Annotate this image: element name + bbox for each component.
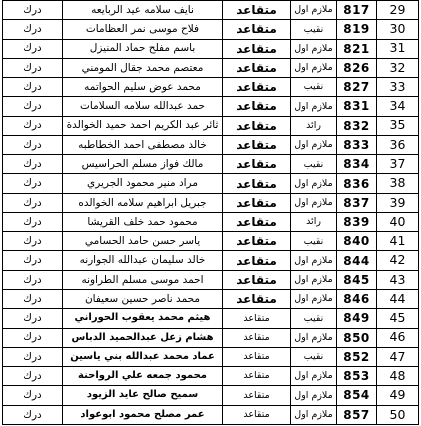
agency-cell: درك xyxy=(3,309,63,328)
table-row: 33827نقيبمتقاعدمحمد عوض سليم الحواتمهدرك xyxy=(3,78,419,97)
agency-cell: درك xyxy=(3,289,63,308)
seq-cell: 40 xyxy=(377,212,419,231)
table-row: 48853ملازم اولمتقاعدمحمود جمعه علي الروا… xyxy=(3,367,419,386)
rank-cell: ملازم اول xyxy=(291,270,337,289)
rank-cell: ملازم اول xyxy=(291,251,337,270)
status-cell: متقاعد xyxy=(223,232,291,251)
rank-cell: ملازم اول xyxy=(291,1,337,20)
name-cell: عماد محمد عبدالله بني ياسين xyxy=(63,347,223,366)
name-cell: مراد منير محمود الجريري xyxy=(63,174,223,193)
name-cell: ثائر عبد الكريم احمد حميد الخوالدة xyxy=(63,116,223,135)
status-cell: متقاعد xyxy=(223,78,291,97)
name-cell: باسم مفلح حماد المنيزل xyxy=(63,39,223,58)
status-cell: متقاعد xyxy=(223,116,291,135)
table-row: 46850ملازم اولمتقاعدهشام زعل عبدالحميد ا… xyxy=(3,328,419,347)
name-cell: هشام زعل عبدالحميد الدباس xyxy=(63,328,223,347)
agency-cell: درك xyxy=(3,97,63,116)
seq-cell: 49 xyxy=(377,386,419,405)
seq-cell: 34 xyxy=(377,97,419,116)
name-cell: ياسر حسن حامد الحسامي xyxy=(63,232,223,251)
rank-cell: نقيب xyxy=(291,309,337,328)
rank-cell: رائد xyxy=(291,116,337,135)
rank-cell: نقيب xyxy=(291,155,337,174)
rank-cell: نقيب xyxy=(291,347,337,366)
table-row: 40839رائدمتقاعدمحمود حمد خلف القريشادرك xyxy=(3,212,419,231)
table-row: 43845ملازم اولمتقاعداحمد موسى مسلم الطرا… xyxy=(3,270,419,289)
seq-cell: 37 xyxy=(377,155,419,174)
seq-cell: 50 xyxy=(377,405,419,424)
rank-cell: ملازم اول xyxy=(291,289,337,308)
agency-cell: درك xyxy=(3,135,63,154)
seq-cell: 32 xyxy=(377,58,419,77)
table-row: 37834نقيبمتقاعدمالك فواز مسلم الحراسيسدر… xyxy=(3,155,419,174)
rank-cell: ملازم اول xyxy=(291,174,337,193)
seq-cell: 47 xyxy=(377,347,419,366)
code-cell: 832 xyxy=(337,116,377,135)
status-cell: متقاعد xyxy=(223,309,291,328)
code-cell: 819 xyxy=(337,20,377,39)
name-cell: مالك فواز مسلم الحراسيس xyxy=(63,155,223,174)
name-cell: محمد عوض سليم الحواتمه xyxy=(63,78,223,97)
table-row: 49854ملازم اولمتقاعدسميح صالح عايد الزيو… xyxy=(3,386,419,405)
agency-cell: درك xyxy=(3,347,63,366)
rank-cell: ملازم اول xyxy=(291,328,337,347)
code-cell: 827 xyxy=(337,78,377,97)
code-cell: 854 xyxy=(337,386,377,405)
name-cell: خالد مصطفى احمد الخطاطبه xyxy=(63,135,223,154)
rank-cell: نقيب xyxy=(291,232,337,251)
code-cell: 837 xyxy=(337,193,377,212)
agency-cell: درك xyxy=(3,39,63,58)
agency-cell: درك xyxy=(3,405,63,424)
code-cell: 850 xyxy=(337,328,377,347)
status-cell: متقاعد xyxy=(223,193,291,212)
name-cell: محمد ناصر حسين سعيفان xyxy=(63,289,223,308)
name-cell: سميح صالح عايد الزيود xyxy=(63,386,223,405)
status-cell: متقاعد xyxy=(223,20,291,39)
agency-cell: درك xyxy=(3,116,63,135)
status-cell: متقاعد xyxy=(223,405,291,424)
table-row: 29817ملازم اولمتقاعدنايف سلامه عيد الربا… xyxy=(3,1,419,20)
name-cell: نايف سلامه عيد الربايعه xyxy=(63,1,223,20)
code-cell: 853 xyxy=(337,367,377,386)
name-cell: محمود جمعه علي الرواحنة xyxy=(63,367,223,386)
seq-cell: 42 xyxy=(377,251,419,270)
rank-cell: ملازم اول xyxy=(291,367,337,386)
agency-cell: درك xyxy=(3,1,63,20)
table-body: 29817ملازم اولمتقاعدنايف سلامه عيد الربا… xyxy=(3,1,419,425)
rank-cell: نقيب xyxy=(291,78,337,97)
rank-cell: ملازم اول xyxy=(291,58,337,77)
name-cell: جبريل ابراهيم سلامه الخوالده xyxy=(63,193,223,212)
status-cell: متقاعد xyxy=(223,155,291,174)
code-cell: 833 xyxy=(337,135,377,154)
code-cell: 852 xyxy=(337,347,377,366)
status-cell: متقاعد xyxy=(223,347,291,366)
code-cell: 846 xyxy=(337,289,377,308)
status-cell: متقاعد xyxy=(223,289,291,308)
agency-cell: درك xyxy=(3,193,63,212)
code-cell: 857 xyxy=(337,405,377,424)
table-row: 45849نقيبمتقاعدهيثم محمد يعقوب الحورانيد… xyxy=(3,309,419,328)
name-cell: محمود حمد خلف القريشا xyxy=(63,212,223,231)
table-row: 34831ملازم اولمتقاعدحمد عبدالله سلامه ال… xyxy=(3,97,419,116)
agency-cell: درك xyxy=(3,328,63,347)
table-row: 47852نقيبمتقاعدعماد محمد عبدالله بني ياس… xyxy=(3,347,419,366)
table-row: 42844ملازم اولمتقاعدخالد سليمان عبدالله … xyxy=(3,251,419,270)
document-page: 29817ملازم اولمتقاعدنايف سلامه عيد الربا… xyxy=(0,0,421,426)
status-cell: متقاعد xyxy=(223,270,291,289)
rank-cell: ملازم اول xyxy=(291,135,337,154)
status-cell: متقاعد xyxy=(223,212,291,231)
table-row: 36833ملازم اولمتقاعدخالد مصطفى احمد الخط… xyxy=(3,135,419,154)
personnel-table: 29817ملازم اولمتقاعدنايف سلامه عيد الربا… xyxy=(2,0,419,425)
seq-cell: 31 xyxy=(377,39,419,58)
table-row: 44846ملازم اولمتقاعدمحمد ناصر حسين سعيفا… xyxy=(3,289,419,308)
code-cell: 817 xyxy=(337,1,377,20)
table-row: 50857ملازم اولمتقاعدعمر مصلح محمود ابوعو… xyxy=(3,405,419,424)
code-cell: 836 xyxy=(337,174,377,193)
table-row: 41840نقيبمتقاعدياسر حسن حامد الحساميدرك xyxy=(3,232,419,251)
name-cell: حمد عبدالله سلامه السلامات xyxy=(63,97,223,116)
code-cell: 821 xyxy=(337,39,377,58)
agency-cell: درك xyxy=(3,270,63,289)
status-cell: متقاعد xyxy=(223,135,291,154)
agency-cell: درك xyxy=(3,367,63,386)
agency-cell: درك xyxy=(3,58,63,77)
code-cell: 845 xyxy=(337,270,377,289)
name-cell: معتصم محمد جقال المومني xyxy=(63,58,223,77)
code-cell: 826 xyxy=(337,58,377,77)
agency-cell: درك xyxy=(3,155,63,174)
code-cell: 831 xyxy=(337,97,377,116)
name-cell: هيثم محمد يعقوب الحوراني xyxy=(63,309,223,328)
seq-cell: 38 xyxy=(377,174,419,193)
seq-cell: 36 xyxy=(377,135,419,154)
status-cell: متقاعد xyxy=(223,97,291,116)
code-cell: 839 xyxy=(337,212,377,231)
code-cell: 844 xyxy=(337,251,377,270)
seq-cell: 45 xyxy=(377,309,419,328)
table-row: 31821ملازم اولمتقاعدباسم مفلح حماد المني… xyxy=(3,39,419,58)
table-row: 30819نقيبمتقاعدفلاح موسى نمر العظاماتدرك xyxy=(3,20,419,39)
rank-cell: ملازم اول xyxy=(291,97,337,116)
status-cell: متقاعد xyxy=(223,386,291,405)
code-cell: 834 xyxy=(337,155,377,174)
seq-cell: 44 xyxy=(377,289,419,308)
seq-cell: 39 xyxy=(377,193,419,212)
rank-cell: ملازم اول xyxy=(291,405,337,424)
agency-cell: درك xyxy=(3,212,63,231)
rank-cell: ملازم اول xyxy=(291,386,337,405)
name-cell: خالد سليمان عبدالله الجوارنه xyxy=(63,251,223,270)
status-cell: متقاعد xyxy=(223,367,291,386)
status-cell: متقاعد xyxy=(223,39,291,58)
table-row: 35832رائدمتقاعدثائر عبد الكريم احمد حميد… xyxy=(3,116,419,135)
rank-cell: ملازم اول xyxy=(291,39,337,58)
status-cell: متقاعد xyxy=(223,174,291,193)
agency-cell: درك xyxy=(3,20,63,39)
table-row: 38836ملازم اولمتقاعدمراد منير محمود الجر… xyxy=(3,174,419,193)
agency-cell: درك xyxy=(3,78,63,97)
code-cell: 840 xyxy=(337,232,377,251)
seq-cell: 33 xyxy=(377,78,419,97)
name-cell: احمد موسى مسلم الطراونه xyxy=(63,270,223,289)
rank-cell: نقيب xyxy=(291,20,337,39)
agency-cell: درك xyxy=(3,386,63,405)
rank-cell: ملازم اول xyxy=(291,193,337,212)
agency-cell: درك xyxy=(3,232,63,251)
status-cell: متقاعد xyxy=(223,1,291,20)
seq-cell: 48 xyxy=(377,367,419,386)
status-cell: متقاعد xyxy=(223,328,291,347)
table-row: 39837ملازم اولمتقاعدجبريل ابراهيم سلامه … xyxy=(3,193,419,212)
code-cell: 849 xyxy=(337,309,377,328)
agency-cell: درك xyxy=(3,174,63,193)
seq-cell: 35 xyxy=(377,116,419,135)
seq-cell: 29 xyxy=(377,1,419,20)
rank-cell: رائد xyxy=(291,212,337,231)
status-cell: متقاعد xyxy=(223,58,291,77)
seq-cell: 41 xyxy=(377,232,419,251)
name-cell: فلاح موسى نمر العظامات xyxy=(63,20,223,39)
seq-cell: 43 xyxy=(377,270,419,289)
seq-cell: 46 xyxy=(377,328,419,347)
seq-cell: 30 xyxy=(377,20,419,39)
table-row: 32826ملازم اولمتقاعدمعتصم محمد جقال المو… xyxy=(3,58,419,77)
name-cell: عمر مصلح محمود ابوعواد xyxy=(63,405,223,424)
agency-cell: درك xyxy=(3,251,63,270)
status-cell: متقاعد xyxy=(223,251,291,270)
